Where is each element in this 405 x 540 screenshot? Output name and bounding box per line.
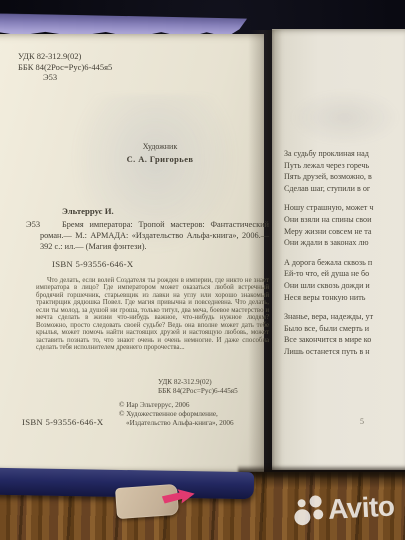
- avito-watermark: Avito: [293, 491, 395, 526]
- author-heading: Эльтеррус И.: [62, 206, 114, 216]
- poem-line: Все закончится в мире ко: [284, 334, 373, 346]
- book-photo: УДК 82-312.9(02) ББК 84(2Рос=Рус)6-445я5…: [0, 0, 405, 540]
- avito-logo-icon: [293, 495, 326, 527]
- artist-label: Художник: [90, 141, 230, 153]
- poem-line: Лишь останется путь в н: [284, 346, 373, 358]
- bibliographic-entry: Бремя императора: Тропой мастеров: Фанта…: [40, 219, 269, 253]
- isbn-bottom: ISBN 5-93556-646-X: [22, 417, 103, 427]
- avito-logo-dot: [297, 499, 305, 507]
- poem-line: Знанье, вера, надежды, ут: [284, 311, 373, 323]
- udk-top-line: УДК 82-312.9(02): [18, 51, 112, 62]
- bbk-top-line: ББК 84(2Рос=Рус)6-445я5: [18, 62, 112, 73]
- page-block-shadow: [238, 465, 405, 478]
- poem-line: Они взяли на спины свои: [284, 214, 373, 226]
- avito-logo-dot: [294, 509, 311, 526]
- poem-line: Сделав шаг, ступили в ог: [284, 183, 373, 195]
- poem-line: Они ждали в законах лю: [284, 237, 373, 249]
- poem-line: Пять друзей, возможно, в: [284, 171, 373, 183]
- poem-line: Ей-то что, ей душа не бо: [284, 268, 373, 280]
- copyright-block: © Иар Эльтеррус, 2006 © Художественное о…: [119, 401, 234, 428]
- poem-line: Неся веры тонкую нить: [284, 292, 373, 304]
- copyright-design: © Художественное оформление,: [119, 410, 234, 419]
- page-number: 5: [360, 417, 364, 426]
- udk-bbk-block-top: УДК 82-312.9(02) ББК 84(2Рос=Рус)6-445я5…: [18, 51, 112, 83]
- poem-line: Было все, были смерть и: [284, 323, 373, 335]
- artist-credit-block: Художник С. А. Григорьев: [90, 141, 230, 165]
- avito-logo-dot: [309, 495, 322, 508]
- copyright-publisher: «Издательство Альфа-книга», 2006: [119, 419, 234, 428]
- udk-bbk-block-bottom: УДК 82-312.9(02) ББК 84(2Рос=Рус)6-445я5: [158, 378, 238, 396]
- poem-stanza: За судьбу проклиная над Путь лежал через…: [284, 148, 373, 194]
- isbn-middle: ISBN 5-93556-646-X: [52, 259, 133, 269]
- poem-line: А дорога бежала сквозь п: [284, 257, 373, 269]
- poem-stanza: Ношу страшную, может ч Они взяли на спин…: [284, 202, 373, 248]
- artist-name: С. А. Григорьев: [90, 153, 230, 165]
- bbk-bottom-line: ББК 84(2Рос=Рус)6-445я5: [158, 387, 238, 396]
- poem-stanza: А дорога бежала сквозь п Ей-то что, ей д…: [284, 257, 373, 303]
- avito-logo-dot: [313, 509, 324, 520]
- poem-text: За судьбу проклиная над Путь лежал через…: [284, 148, 373, 366]
- udk-bottom-line: УДК 82-312.9(02): [158, 378, 238, 387]
- poem-line: Ношу страшную, может ч: [284, 202, 373, 214]
- poem-line: За судьбу проклиная над: [284, 148, 373, 160]
- poem-line: Меру жизни совсем не та: [284, 226, 373, 238]
- poem-line: Они шли сквозь дожди и: [284, 280, 373, 292]
- catalog-code: Э53: [26, 219, 40, 229]
- poem-line: Путь лежал через горечь: [284, 160, 373, 172]
- annotation-paragraph: Что делать, если волей Создателя ты рожд…: [36, 277, 269, 352]
- avito-brand-text: Avito: [327, 492, 395, 523]
- copyright-author: © Иар Эльтеррус, 2006: [119, 401, 234, 410]
- poem-stanza: Знанье, вера, надежды, ут Было все, были…: [284, 311, 373, 357]
- author-code-top: Э53: [18, 72, 112, 83]
